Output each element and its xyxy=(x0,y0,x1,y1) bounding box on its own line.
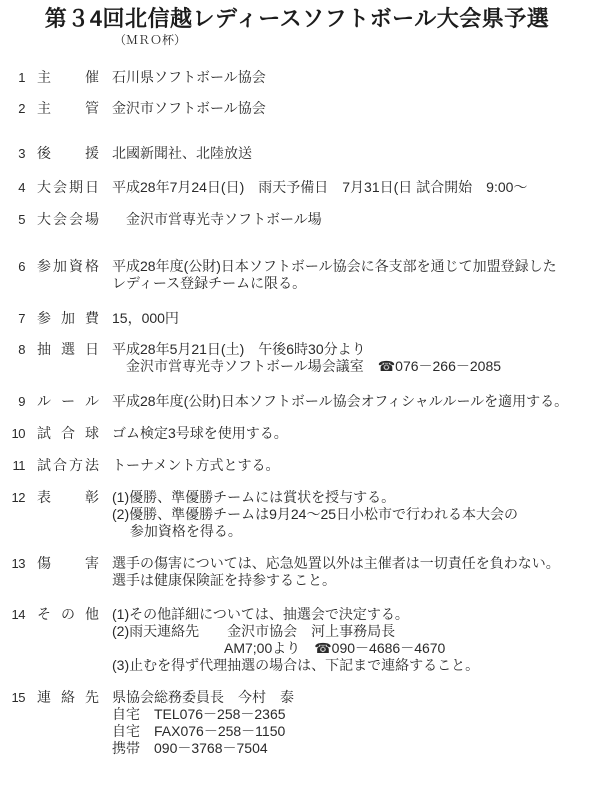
item-1-shusai: 1 主催 石川県ソフトボール協会 xyxy=(10,69,584,86)
item-content: (1)その他詳細については、抽選会で決定する。 (2)雨天連絡先 金沢市協会 河… xyxy=(112,606,584,674)
item-label: 連絡先 xyxy=(37,689,99,706)
item-text-line: 15，000円 xyxy=(112,310,584,327)
item-list: 1 主催 石川県ソフトボール協会 2 主管 金沢市ソフトボール協会 3 後援 北… xyxy=(10,69,584,757)
item-content: 県協会総務委員長 今村 泰 自宅 TEL076－258－2365 自宅 FAX0… xyxy=(112,689,584,757)
item-text-line: トーナメント方式とする。 xyxy=(112,457,584,474)
item-13-shogai: 13 傷害 選手の傷害については、応急処置以外は主催者は一切責任を負わない。 選… xyxy=(10,555,584,589)
item-text-line: (3)止むを得ず代理抽選の場合は、下記まで連絡すること。 xyxy=(112,657,584,674)
item-content: 北國新聞社、北陸放送 xyxy=(112,145,584,162)
item-text-line: AM7;00より ☎090－4686－4670 xyxy=(112,640,584,657)
item-label: 参加費 xyxy=(37,310,99,327)
item-5-taikai-kaijo: 5 大会会場 金沢市営専光寺ソフトボール場 xyxy=(10,211,584,228)
item-9-rule: 9 ルール 平成28年度(公財)日本ソフトボール協会オフィシャルルールを適用する… xyxy=(10,393,584,410)
item-text-line: (1)優勝、準優勝チームには賞状を授与する。 xyxy=(112,489,584,506)
item-number: 5 xyxy=(10,211,25,228)
item-number: 3 xyxy=(10,145,25,162)
item-text-line: 金沢市ソフトボール協会 xyxy=(112,100,584,117)
item-content: ゴム検定3号球を使用する。 xyxy=(112,425,584,442)
item-label: 参加資格 xyxy=(37,258,99,275)
item-number: 1 xyxy=(10,69,25,86)
item-text-line: 参加資格を得る。 xyxy=(112,523,584,540)
item-label: 表彰 xyxy=(37,489,99,506)
item-content: 金沢市営専光寺ソフトボール場 xyxy=(112,211,584,228)
item-label: 主催 xyxy=(37,69,99,86)
item-content: 平成28年7月24日(日) 雨天予備日 7月31日(日 試合開始 9:00～ xyxy=(112,179,584,196)
item-content: 平成28年5月21日(土) 午後6時30分より 金沢市営専光寺ソフトボール場会議… xyxy=(112,341,584,375)
item-label: 主管 xyxy=(37,100,99,117)
item-text-line: 平成28年度(公財)日本ソフトボール協会オフィシャルルールを適用する。 xyxy=(112,393,584,410)
item-number: 4 xyxy=(10,179,25,196)
item-text-line: ゴム検定3号球を使用する。 xyxy=(112,425,584,442)
item-text-line: 金沢市営専光寺ソフトボール場 xyxy=(112,211,584,228)
item-4-taikai-kijitsu: 4 大会期日 平成28年7月24日(日) 雨天予備日 7月31日(日 試合開始 … xyxy=(10,179,584,196)
item-text-line: (2)雨天連絡先 金沢市協会 河上事務局長 xyxy=(112,623,584,640)
item-text-line: 自宅 FAX076－258－1150 xyxy=(112,723,584,740)
item-2-shukan: 2 主管 金沢市ソフトボール協会 xyxy=(10,100,584,117)
item-6-sanka-shikaku: 6 参加資格 平成28年度(公財)日本ソフトボール協会に各支部を通じて加盟登録し… xyxy=(10,258,584,292)
item-content: 15，000円 xyxy=(112,310,584,327)
item-number: 8 xyxy=(10,341,25,358)
item-text-line: 平成28年7月24日(日) 雨天予備日 7月31日(日 試合開始 9:00～ xyxy=(112,179,584,196)
item-content: 金沢市ソフトボール協会 xyxy=(112,100,584,117)
item-text-line: 平成28年度(公財)日本ソフトボール協会に各支部を通じて加盟登録した xyxy=(112,258,584,275)
item-8-chusenbi: 8 抽選日 平成28年5月21日(土) 午後6時30分より 金沢市営専光寺ソフト… xyxy=(10,341,584,375)
page-title: 第３4回北信越レディースソフトボール大会県予選 xyxy=(10,6,584,32)
item-text-line: 県協会総務委員長 今村 泰 xyxy=(112,689,584,706)
item-number: 13 xyxy=(10,555,25,572)
item-text-line: 選手の傷害については、応急処置以外は主催者は一切責任を負わない。 xyxy=(112,555,584,572)
item-number: 2 xyxy=(10,100,25,117)
item-number: 14 xyxy=(10,606,25,623)
item-text-line: レディース登録チームに限る。 xyxy=(112,275,584,292)
item-content: 選手の傷害については、応急処置以外は主催者は一切責任を負わない。 選手は健康保険… xyxy=(112,555,584,589)
item-content: 石川県ソフトボール協会 xyxy=(112,69,584,86)
item-number: 6 xyxy=(10,258,25,275)
item-label: 試合球 xyxy=(37,425,99,442)
item-7-sankahi: 7 参加費 15，000円 xyxy=(10,310,584,327)
item-text-line: 携帯 090－3768－7504 xyxy=(112,740,584,757)
item-number: 9 xyxy=(10,393,25,410)
item-label: 大会期日 xyxy=(37,179,99,196)
item-label: その他 xyxy=(37,606,99,623)
item-number: 11 xyxy=(10,457,25,474)
item-text-line: 選手は健康保険証を持参すること。 xyxy=(112,572,584,589)
item-text-line: 金沢市営専光寺ソフトボール場会議室 ☎076－266－2085 xyxy=(112,358,584,375)
item-content: トーナメント方式とする。 xyxy=(112,457,584,474)
item-12-hyosho: 12 表彰 (1)優勝、準優勝チームには賞状を授与する。 (2)優勝、準優勝チー… xyxy=(10,489,584,540)
item-text-line: (1)その他詳細については、抽選会で決定する。 xyxy=(112,606,584,623)
item-label: 後援 xyxy=(37,145,99,162)
item-text-line: (2)優勝、準優勝チームは9月24～25日小松市で行われる本大会の xyxy=(112,506,584,523)
item-text-line: 平成28年5月21日(土) 午後6時30分より xyxy=(112,341,584,358)
item-number: 12 xyxy=(10,489,25,506)
item-label: ルール xyxy=(37,393,99,410)
item-content: (1)優勝、準優勝チームには賞状を授与する。 (2)優勝、準優勝チームは9月24… xyxy=(112,489,584,540)
item-content: 平成28年度(公財)日本ソフトボール協会に各支部を通じて加盟登録した レディース… xyxy=(112,258,584,292)
item-text-line: 自宅 TEL076－258－2365 xyxy=(112,706,584,723)
item-10-shiaikyu: 10 試合球 ゴム検定3号球を使用する。 xyxy=(10,425,584,442)
item-number: 10 xyxy=(10,425,25,442)
item-15-renrakusaki: 15 連絡先 県協会総務委員長 今村 泰 自宅 TEL076－258－2365 … xyxy=(10,689,584,757)
item-11-shiai-hoho: 11 試合方法 トーナメント方式とする。 xyxy=(10,457,584,474)
item-label: 大会会場 xyxy=(37,211,99,228)
item-text-line: 北國新聞社、北陸放送 xyxy=(112,145,584,162)
page-subtitle: （ＭＲＯ杯） xyxy=(114,33,584,47)
item-3-koen: 3 後援 北國新聞社、北陸放送 xyxy=(10,145,584,162)
item-label: 試合方法 xyxy=(37,457,99,474)
document-page: 第３4回北信越レディースソフトボール大会県予選 （ＭＲＯ杯） 1 主催 石川県ソ… xyxy=(0,0,600,757)
item-14-sonota: 14 その他 (1)その他詳細については、抽選会で決定する。 (2)雨天連絡先 … xyxy=(10,606,584,674)
item-number: 15 xyxy=(10,689,25,706)
item-label: 傷害 xyxy=(37,555,99,572)
item-content: 平成28年度(公財)日本ソフトボール協会オフィシャルルールを適用する。 xyxy=(112,393,584,410)
item-text-line: 石川県ソフトボール協会 xyxy=(112,69,584,86)
item-label: 抽選日 xyxy=(37,341,99,358)
item-number: 7 xyxy=(10,310,25,327)
